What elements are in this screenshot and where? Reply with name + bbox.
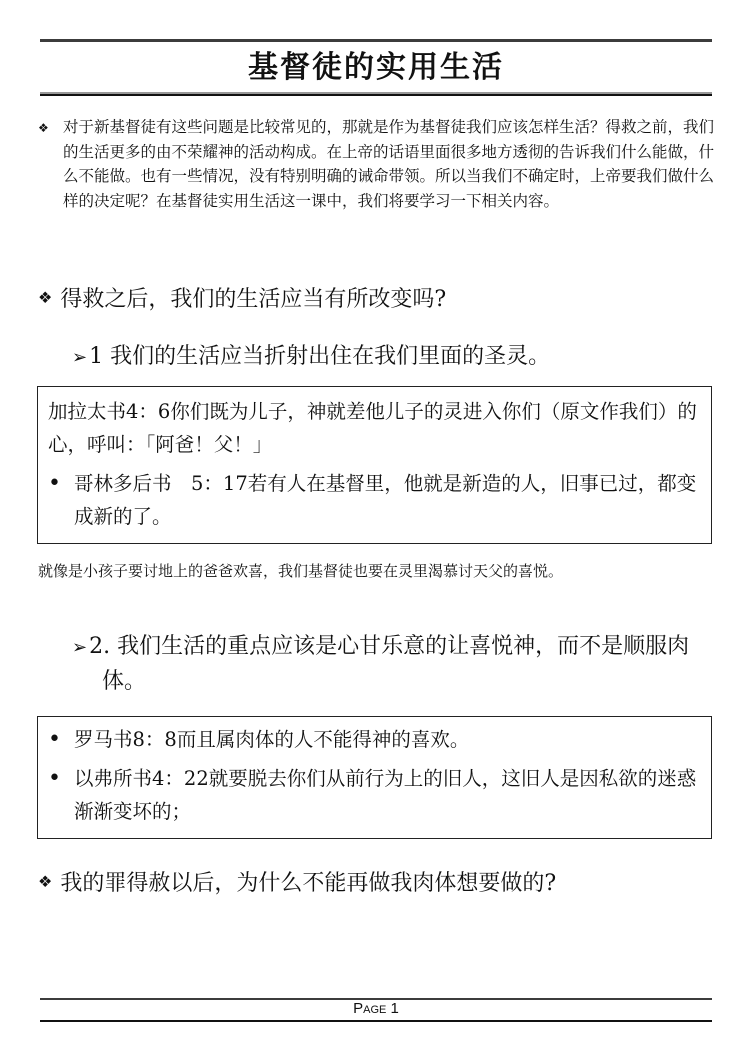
header-top-rule xyxy=(40,39,712,42)
point-heading-1: ➢1 我们的生活应当折射出住在我们里面的圣灵。 xyxy=(72,340,550,375)
scripture-box-2: 罗马书8：8而且属肉体的人不能得神的喜欢。 以弗所书4：22就要脱去你们从前行为… xyxy=(37,716,712,839)
intro-paragraph: ❖ 对于新基督徒有这些问题是比较常见的，那就是作为基督徒我们应该怎样生活？得救之… xyxy=(38,116,718,214)
section-heading-2: ❖我的罪得赦以后，为什么不能再做我肉体想要做的? xyxy=(38,866,556,900)
explanatory-note: 就像是小孩子要讨地上的爸爸欢喜，我们基督徒也要在灵里渴慕讨天父的喜悦。 xyxy=(38,560,563,584)
page-title: 基督徒的实用生活 xyxy=(40,46,712,90)
diamond-bullet-icon: ❖ xyxy=(38,288,52,307)
scripture-bullet: 哥林多后书 5：17若有人在基督里，他就是新造的人，旧事已过，都变成新的了。 xyxy=(38,467,701,533)
point-heading-text: 2. 我们生活的重点应该是心甘乐意的让喜悦神，而不是顺服肉体。 xyxy=(89,634,689,694)
arrow-bullet-icon: ➢ xyxy=(72,347,87,368)
scripture-box-1: 加拉太书4：6你们既为儿子，神就差他儿子的灵进入你们（原文作我们）的心，呼叫：「… xyxy=(37,386,712,544)
diamond-bullet-icon: ❖ xyxy=(38,872,52,891)
page-prefix-small: AGE xyxy=(363,1004,386,1016)
point-heading-2: ➢2. 我们生活的重点应该是心甘乐意的让喜悦神，而不是顺服肉体。 xyxy=(72,630,722,699)
header-rule-dark xyxy=(40,94,712,96)
page-number-label: PAGE 1 xyxy=(40,999,712,1020)
scripture-bullet: 罗马书8：8而且属肉体的人不能得神的喜欢。 xyxy=(38,723,701,756)
diamond-bullet-icon: ❖ xyxy=(38,116,49,141)
intro-text: 对于新基督徒有这些问题是比较常见的，那就是作为基督徒我们应该怎样生活？得救之前，… xyxy=(63,116,718,214)
scripture-bullet: 以弗所书4：22就要脱去你们从前行为上的旧人，这旧人是因私欲的迷惑渐渐变坏的； xyxy=(38,762,701,828)
scripture-lead: 加拉太书4：6你们既为儿子，神就差他儿子的灵进入你们（原文作我们）的心，呼叫：「… xyxy=(48,395,701,461)
section-heading-text: 得救之后，我们的生活应当有所改变吗? xyxy=(60,287,446,312)
point-heading-text: 1 我们的生活应当折射出住在我们里面的圣灵。 xyxy=(89,344,550,369)
section-heading-text: 我的罪得赦以后，为什么不能再做我肉体想要做的? xyxy=(60,871,556,896)
section-heading-1: ❖得救之后，我们的生活应当有所改变吗? xyxy=(38,282,446,316)
page-prefix-big: P xyxy=(353,1000,363,1017)
footer-bottom-rule xyxy=(40,1020,712,1022)
page-number: 1 xyxy=(391,1000,399,1017)
arrow-bullet-icon: ➢ xyxy=(72,637,87,658)
